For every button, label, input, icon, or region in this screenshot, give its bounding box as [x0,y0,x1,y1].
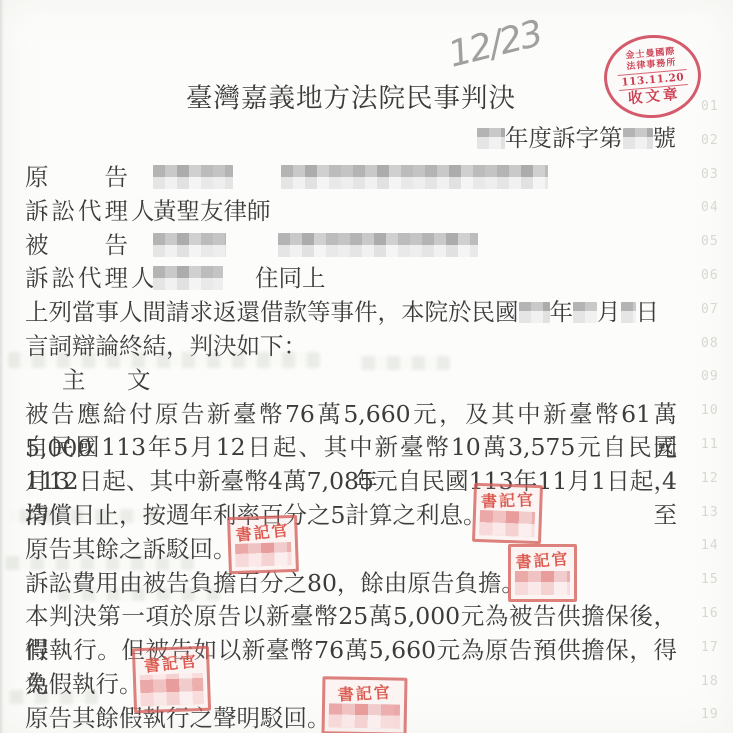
line-text: 訴訟費用由被告負擔百分之80，餘由原告負擔。 [25,569,525,597]
judgment-line-09: 主 文 [25,361,160,392]
judgment-line-17: 假執行。但被告如以新臺幣76萬5,660元為原告預供擔保，得免 [25,631,677,662]
clerk-seal-stamp: 書記官 [508,544,577,602]
margin-line-number: 05 [701,234,729,249]
redaction-mosaic-case-year [477,128,505,149]
margin-line-number: 18 [701,674,729,689]
redaction-mosaic [153,266,223,290]
receipt-stamp-received-seal-text: 收文章 [627,86,681,107]
clerk-name-redaction-mosaic [329,703,400,728]
judgment-line-10: 被告應給付原告新臺幣76萬5,660元，及其中新臺幣61萬5,000元 [25,395,677,426]
line-text: 住同上 [255,264,326,292]
margin-line-number: 03 [701,167,729,182]
law-firm-receipt-stamp: 金士曼國際 法律事務所 113.11.20 收文章 [601,31,705,122]
margin-line-number: 09 [701,369,729,384]
line-text: 日 [636,298,660,326]
margin-line-number: 01 [701,99,729,114]
clerk-seal-stamp: 書記官 [322,676,408,733]
judgment-title: 臺灣嘉義地方法院民事判決 [186,76,516,115]
judgment-line-12: 月12日起、其中新臺幣4萬7,085元自民國113年11月1日起，均至 [25,462,677,493]
party-label: 訴訟代理人 [25,192,153,226]
scanned-court-judgment-page: 12/23 金士曼國際 法律事務所 113.11.20 收文章 臺灣嘉義地方法院… [0,0,733,733]
clerk-name-redaction-mosaic [515,571,570,595]
margin-line-number: 08 [701,336,729,351]
margin-line-number: 12 [701,471,729,486]
margin-line-number: 06 [701,268,729,283]
clerk-name-redaction-mosaic [479,510,535,537]
redaction-mosaic [281,165,548,189]
judgment-line-11: 自民國113年5月12日起、其中新臺幣10萬3,575元自民國113年4 [25,428,677,459]
redaction-mosaic [153,233,226,257]
redaction-mosaic [519,302,550,323]
judgment-line-16: 本判決第一項於原告以新臺幣25萬5,000元為被告供擔保後，得 [25,597,677,628]
line-text: 原告其餘之訴駁回。 [25,535,237,563]
margin-line-number: 04 [701,200,729,215]
clerk-seal-stamp: 書記官 [227,515,299,574]
judgment-line-14: 原告其餘之訴駁回。 [25,530,237,561]
clerk-name-redaction-mosaic [140,673,204,706]
judgment-line-03: 原 告 [25,158,548,189]
line-text: 言詞辯論終結，判決如下： [25,332,307,360]
margin-line-number: 14 [701,538,729,553]
redaction-mosaic [573,302,597,323]
party-label: 訴訟代理人 [25,259,153,293]
line-text: 年 [550,298,574,326]
case-number-text-2: 號 [653,124,677,152]
bleedthrough-mark [358,356,450,370]
party-label: 被 告 [25,226,153,260]
margin-line-number: 02 [701,133,729,148]
line-text: 月 [597,298,621,326]
redaction-mosaic [278,233,478,257]
line-text: 黃聖友律師 [153,197,271,225]
case-number-line: 年度訴字第號 [477,119,676,153]
clerk-stamp-label: 書記官 [510,546,574,573]
handwritten-date-note: 12/23 [444,13,545,75]
case-number-text-1: 年度訴字第 [505,124,623,152]
judgment-line-06: 訴訟代理人住同上 [25,259,326,290]
margin-line-number: 07 [701,302,729,317]
redaction-mosaic [153,165,233,189]
margin-line-number: 16 [701,606,729,621]
margin-line-number: 15 [701,572,729,587]
clerk-seal-stamp: 書記官 [472,483,543,544]
line-text: 主 文 [62,366,160,394]
clerk-seal-stamp: 書記官 [132,646,211,714]
clerk-name-redaction-mosaic [235,542,292,567]
party-label: 原 告 [25,158,153,192]
judgment-line-18: 為假執行。 [25,665,143,696]
redaction-mosaic [621,302,636,323]
line-text: 上列當事人間請求返還借款等事件，本院於民國 [25,298,519,326]
margin-line-number: 11 [701,437,729,452]
judgment-line-07: 上列當事人間請求返還借款等事件，本院於民國年月日 [25,293,659,324]
clerk-stamp-label: 書記官 [325,679,405,706]
redaction-mosaic-case-serial [623,128,653,149]
margin-line-number: 10 [701,403,729,418]
margin-line-number: 19 [701,707,729,722]
clerk-stamp-label: 書記官 [476,487,540,512]
judgment-line-05: 被 告 [25,226,478,257]
judgment-line-04: 訴訟代理人黃聖友律師 [25,192,271,223]
margin-line-number: 17 [701,640,729,655]
line-text: 為假執行。 [25,670,143,698]
judgment-line-08: 言詞辯論終結，判決如下： [25,327,307,358]
margin-line-number: 13 [701,505,729,520]
